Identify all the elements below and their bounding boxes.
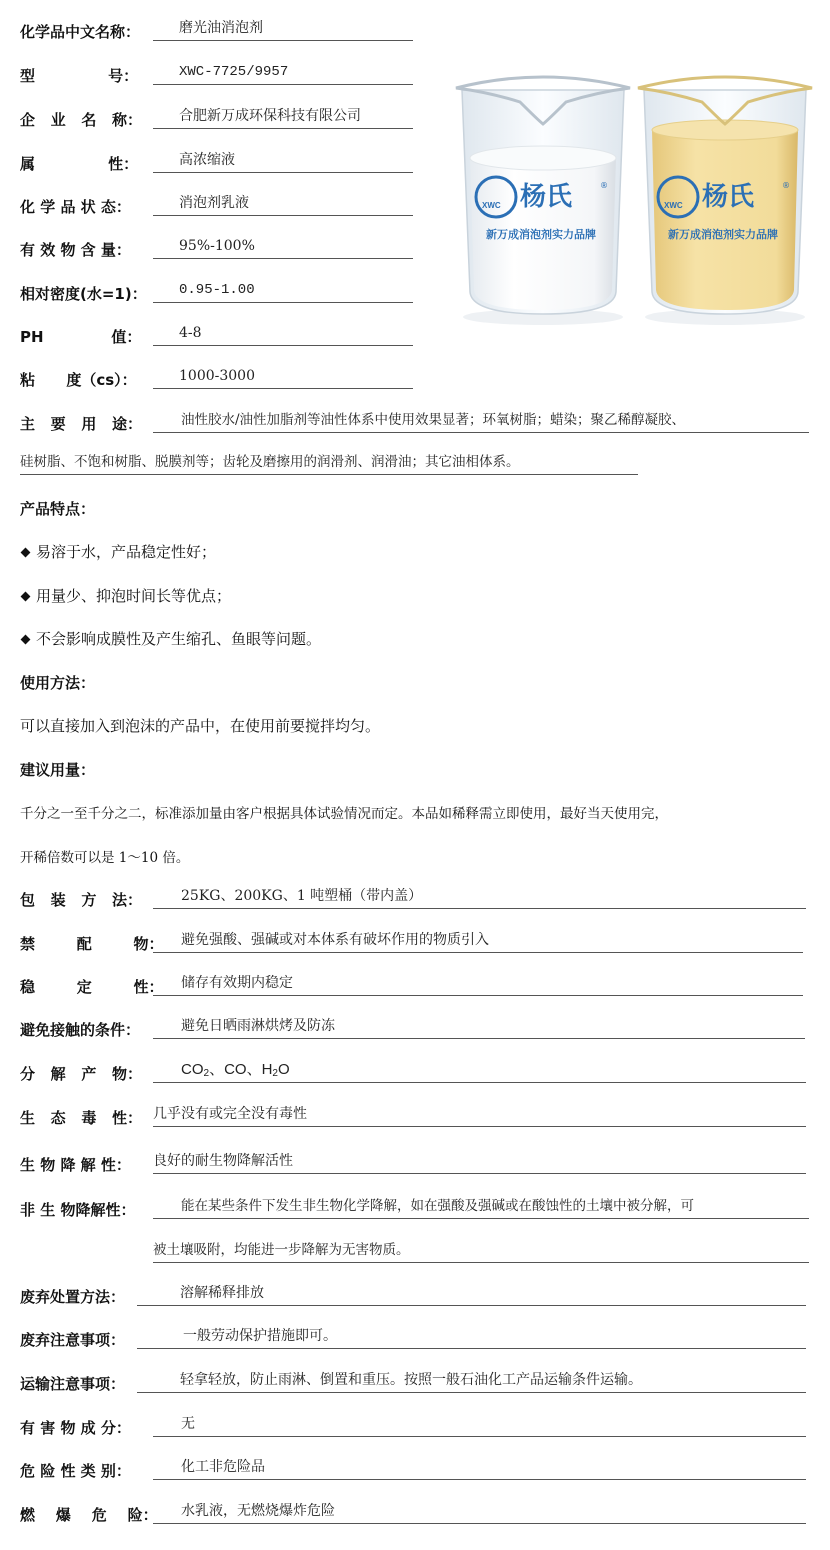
value-hazard-category: 化工非危险品 [153, 1457, 806, 1480]
label-ecotoxicity: 生 态 毒 性： [20, 1108, 142, 1128]
label-chemical-name: 化学品中文名称： [20, 22, 140, 42]
svg-text:新万成消泡剂实力品牌: 新万成消泡剂实力品牌 [486, 227, 596, 241]
features-heading: 产品特点： [20, 498, 95, 519]
value-property: 高浓缩液 [153, 150, 413, 173]
label-usage: 主 要 用 途： [20, 414, 142, 434]
value-avoid-conditions: 避免日晒雨淋烘烤及防冻 [153, 1016, 805, 1039]
label-decomposition: 分 解 产 物： [20, 1064, 142, 1084]
label-packaging: 包 装 方 法： [20, 890, 142, 910]
value-hazardous-components: 无 [153, 1414, 806, 1437]
value-ecotoxicity: 几乎没有或完全没有毒性 [153, 1104, 806, 1127]
svg-text:®: ® [600, 181, 608, 190]
label-biodegradability: 生 物 降 解 性： [20, 1155, 131, 1175]
svg-text:®: ® [782, 181, 790, 190]
value-decomposition: CO2、CO、H2O [153, 1060, 806, 1083]
label-disposal-notes: 废弃注意事项： [20, 1330, 125, 1350]
value-disposal-method: 溶解稀释排放 [137, 1283, 806, 1306]
label-non-bio: 非 生 物降解性： [20, 1200, 135, 1220]
value-biodegradability: 良好的耐生物降解活性 [153, 1151, 806, 1174]
dosage-line-2: 开稀倍数可以是 1～10 倍。 [20, 846, 189, 866]
value-chemical-name: 磨光油消泡剂 [153, 18, 413, 41]
value-packaging: 25KG、200KG、1 吨塑桶（带内盖） [153, 886, 806, 909]
svg-text:杨氏: 杨氏 [520, 181, 573, 212]
non-bio-line-1: 能在某些条件下发生非生物化学降解，如在强酸及强碱或在酸蚀性的土壤中被分解，可 [153, 1196, 809, 1219]
label-avoid-conditions: 避免接触的条件： [20, 1020, 140, 1040]
diamond-bullet-icon [21, 634, 31, 644]
white-beaker: XWC 杨氏 ® 新万成消泡剂实力品牌 [456, 77, 630, 325]
dosage-line-1: 千分之一至千分之二，标准添加量由客户根据具体试验情况而定。本品如稀释需立即使用，… [20, 802, 668, 822]
method-heading: 使用方法： [20, 672, 95, 693]
label-ph: PH 值： [20, 327, 141, 347]
svg-text:XWC: XWC [664, 201, 683, 210]
label-transport-notes: 运输注意事项： [20, 1374, 125, 1394]
value-incompatible: 避免强酸、强碱或对本体系有破坏作用的物质引入 [153, 930, 803, 953]
diamond-bullet-icon [21, 547, 31, 557]
value-model: XWC-7725/9957 [153, 62, 413, 85]
label-stability: 稳 定 性： [20, 977, 164, 997]
svg-text:杨氏: 杨氏 [702, 181, 755, 212]
method-text: 可以直接加入到泡沫的产品中，在使用前要搅拌均匀。 [20, 715, 380, 736]
value-content: 95%-100% [153, 236, 413, 259]
label-state: 化 学 品 状 态： [20, 197, 131, 217]
usage-line-1: 油性胶水/油性加脂剂等油性体系中使用效果显著；环氧树脂；蜡染；聚乙稀醇凝胶、 [153, 410, 809, 433]
label-hazard-category: 危 险 性 类 别： [20, 1461, 131, 1481]
diamond-bullet-icon [21, 591, 31, 601]
feature-item: 不会影响成膜性及产生缩孔、鱼眼等问题。 [20, 628, 321, 649]
dosage-heading: 建议用量： [20, 759, 95, 780]
value-ph: 4-8 [153, 323, 413, 346]
label-hazardous-components: 有 害 物 成 分： [20, 1418, 131, 1438]
feature-item: 易溶于水，产品稳定性好； [20, 541, 216, 562]
label-model: 型 号： [20, 66, 138, 86]
label-property: 属 性： [20, 154, 138, 174]
label-density: 相对密度(水=1)： [20, 284, 147, 304]
feature-item: 用量少、抑泡时间长等优点； [20, 585, 231, 606]
value-explosion-hazard: 水乳液，无燃烧爆炸危险 [153, 1501, 806, 1524]
beakers-illustration: XWC 杨氏 ® 新万成消泡剂实力品牌 XWC 杨氏 ® 新万成消泡剂实力品牌 [448, 62, 818, 327]
svg-text:XWC: XWC [482, 201, 501, 210]
value-company: 合肥新万成环保科技有限公司 [153, 106, 413, 129]
label-viscosity: 粘 度（cs）： [20, 370, 137, 390]
label-content: 有 效 物 含 量： [20, 240, 131, 260]
value-density: 0.95-1.00 [153, 280, 413, 303]
value-stability: 储存有效期内稳定 [153, 973, 803, 996]
value-state: 消泡剂乳液 [153, 193, 413, 216]
usage-line-2: 硅树脂、不饱和树脂、脱膜剂等；齿轮及磨擦用的润滑剂、润滑油；其它油相体系。 [20, 452, 638, 475]
label-incompatible: 禁 配 物： [20, 934, 164, 954]
label-disposal-method: 废弃处置方法： [20, 1287, 125, 1307]
value-viscosity: 1000-3000 [153, 366, 413, 389]
value-disposal-notes: 一般劳动保护措施即可。 [137, 1326, 806, 1349]
label-explosion-hazard: 燃 爆 危 险： [20, 1505, 158, 1525]
value-transport-notes: 轻拿轻放，防止雨淋、倒置和重压。按照一般石油化工产品运输条件运输。 [137, 1370, 806, 1393]
svg-text:新万成消泡剂实力品牌: 新万成消泡剂实力品牌 [668, 227, 778, 241]
non-bio-line-2: 被土壤吸附，均能进一步降解为无害物质。 [153, 1240, 809, 1263]
product-image: XWC 杨氏 ® 新万成消泡剂实力品牌 XWC 杨氏 ® 新万成消泡剂实力品牌 [448, 62, 818, 327]
yellow-beaker: XWC 杨氏 ® 新万成消泡剂实力品牌 [638, 77, 812, 325]
label-company: 企 业 名 称： [20, 110, 142, 130]
